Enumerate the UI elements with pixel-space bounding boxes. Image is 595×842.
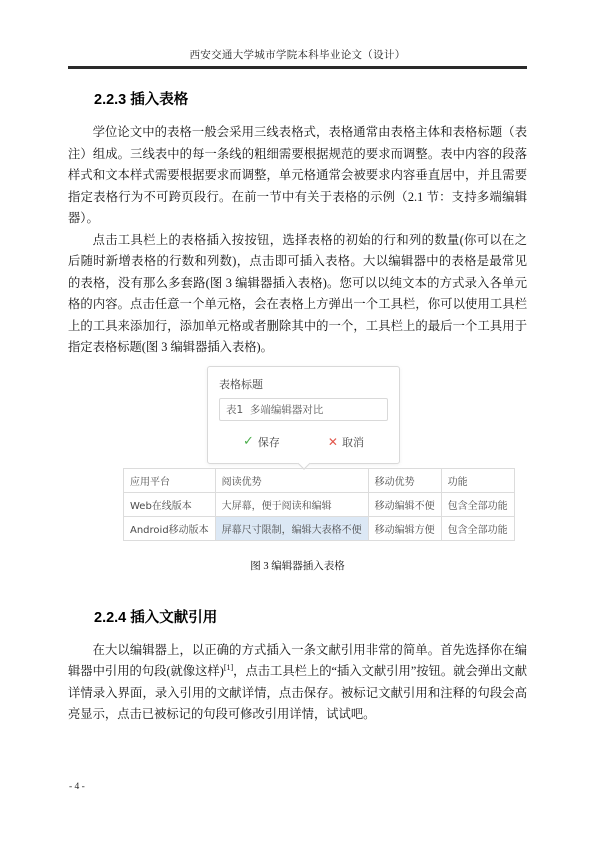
citation-marker: [1]: [224, 663, 233, 672]
section-heading-insert-citation: 2.2.4 插入文献引用: [94, 606, 527, 627]
cell-android-features[interactable]: 包含全部功能: [441, 516, 514, 540]
check-icon: ✓: [243, 435, 254, 448]
paragraph-citation-howto: 在大以编辑器上，以正确的方式插入一条文献引用非常的简单。首先选择你在编辑器中引用…: [68, 640, 527, 726]
cancel-button[interactable]: ✕ 取消: [328, 434, 364, 450]
close-icon: ✕: [328, 436, 338, 448]
table-row: Web在线版本 大屏幕，便于阅读和编辑 移动编辑不便 包含全部功能: [124, 492, 515, 516]
header-cell-mobile[interactable]: 移动优势: [368, 468, 441, 492]
header-cell-features[interactable]: 功能: [441, 468, 514, 492]
cell-web-platform[interactable]: Web在线版本: [124, 492, 216, 516]
header-cell-reading[interactable]: 阅读优势: [215, 468, 368, 492]
table-title-input[interactable]: [219, 398, 388, 421]
table-row: Android移动版本 屏幕尺寸限制，编辑大表格不便 移动编辑方便 包含全部功能: [124, 516, 515, 540]
cell-web-features[interactable]: 包含全部功能: [441, 492, 514, 516]
cancel-button-label: 取消: [342, 434, 364, 450]
cell-android-mobile[interactable]: 移动编辑方便: [368, 516, 441, 540]
paragraph-table-howto: 点击工具栏上的表格插入按按钮，选择表格的初始的行和列的数量(你可以在之后随时新增…: [68, 230, 527, 359]
running-header-title: 西安交通大学城市学院本科毕业论文（设计）: [68, 47, 527, 62]
table-title-label: 表格标题: [219, 376, 388, 392]
header-double-rule: [68, 66, 527, 69]
save-button[interactable]: ✓ 保存: [243, 434, 280, 450]
table-header-row: 应用平台 阅读优势 移动优势 功能: [124, 468, 515, 492]
header-cell-platform[interactable]: 应用平台: [124, 468, 216, 492]
figure-caption: 图 3 编辑器插入表格: [68, 558, 527, 573]
editor-comparison-table: 应用平台 阅读优势 移动优势 功能 Web在线版本 大屏幕，便于阅读和编辑 移动…: [123, 468, 515, 541]
figure-editor-screenshot: 表格标题 ✓ 保存 ✕ 取消 应用平台 阅读优势 移动优势: [123, 366, 503, 541]
page-content: 西安交通大学城市学院本科毕业论文（设计） 2.2.3 插入表格 学位论文中的表格…: [0, 0, 595, 726]
page-number: - 4 -: [69, 782, 85, 792]
table-title-popup: 表格标题 ✓ 保存 ✕ 取消: [207, 366, 400, 464]
cell-web-reading[interactable]: 大屏幕，便于阅读和编辑: [215, 492, 368, 516]
save-button-label: 保存: [258, 434, 280, 450]
cell-web-mobile[interactable]: 移动编辑不便: [368, 492, 441, 516]
popup-button-row: ✓ 保存 ✕ 取消: [219, 434, 388, 450]
section-heading-insert-table: 2.2.3 插入表格: [94, 88, 527, 109]
cell-android-reading-selected[interactable]: 屏幕尺寸限制，编辑大表格不便: [215, 516, 368, 540]
cell-android-platform[interactable]: Android移动版本: [124, 516, 216, 540]
paragraph-table-intro: 学位论文中的表格一般会采用三线表格式，表格通常由表格主体和表格标题（表注）组成。…: [68, 122, 527, 230]
